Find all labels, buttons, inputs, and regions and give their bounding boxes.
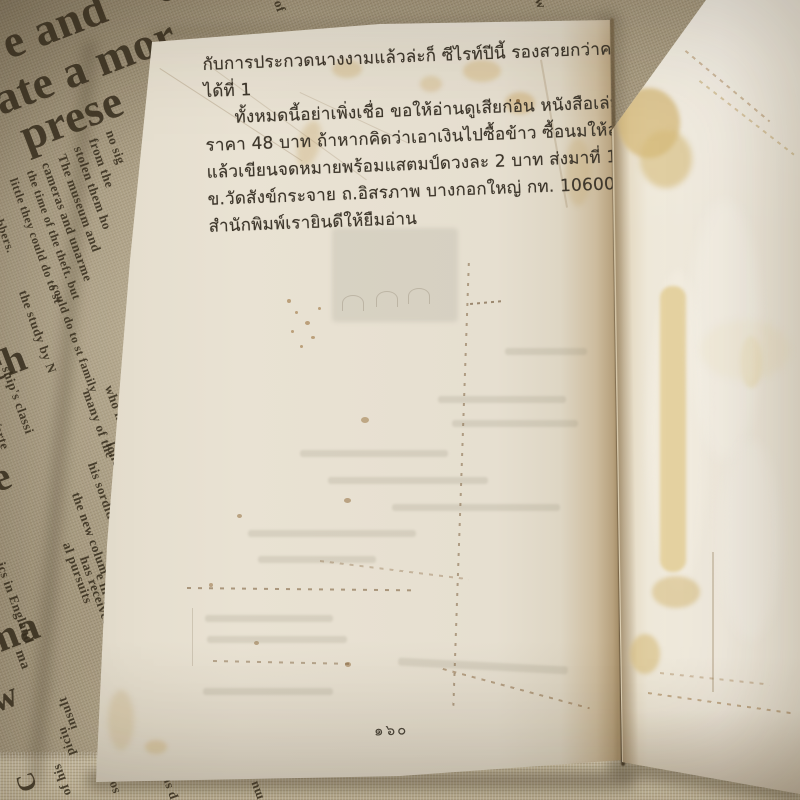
stain bbox=[640, 130, 692, 188]
ghost-text bbox=[392, 504, 560, 511]
ghost-arch bbox=[376, 291, 398, 307]
ghost-text bbox=[452, 420, 578, 427]
crease-line bbox=[712, 552, 714, 692]
crease-line bbox=[320, 560, 469, 580]
stain bbox=[108, 690, 134, 750]
ghost-text bbox=[207, 636, 347, 643]
stain bbox=[145, 740, 167, 754]
ghost-text bbox=[328, 477, 488, 484]
stain bbox=[630, 634, 660, 674]
speckle bbox=[295, 311, 298, 314]
fabric-print-word: Verte bbox=[0, 416, 13, 452]
page-number: ๑๖๐ bbox=[374, 717, 409, 742]
speckle bbox=[311, 336, 315, 339]
ghost-text bbox=[398, 658, 568, 675]
speckle bbox=[300, 345, 303, 348]
highlight bbox=[720, 440, 780, 640]
ghost-text bbox=[505, 348, 587, 355]
speckle bbox=[344, 498, 351, 503]
ghost-text bbox=[203, 688, 333, 695]
ghost-text bbox=[258, 556, 376, 563]
stain bbox=[660, 286, 686, 572]
speckle bbox=[287, 299, 291, 303]
crease-line bbox=[442, 668, 589, 709]
fabric-print-word: robbers. bbox=[0, 206, 18, 255]
ghost-arch bbox=[408, 288, 430, 304]
speckle bbox=[305, 321, 310, 325]
ghost-text bbox=[248, 530, 416, 537]
ghost-arch bbox=[342, 295, 364, 311]
ghost-text bbox=[438, 396, 566, 403]
highlight bbox=[690, 200, 760, 460]
fabric-print-word: of bbox=[270, 0, 289, 15]
open-book-photo: e and ate a mor prese or B ch e ma w no … bbox=[0, 0, 800, 800]
fabric-print-word: w bbox=[0, 673, 24, 722]
ghost-text bbox=[300, 450, 448, 457]
ghost-box-edge bbox=[192, 608, 193, 666]
speckle bbox=[318, 307, 321, 310]
crease-line bbox=[213, 660, 351, 665]
crease-line bbox=[660, 672, 770, 685]
page-text-block: กับการประกวดนางงามแล้วล่ะก็ ซีไรท์ปีนี้ … bbox=[202, 36, 629, 241]
crease-line bbox=[685, 50, 771, 122]
crease-line bbox=[187, 587, 415, 591]
fabric-print-word: w bbox=[530, 0, 549, 11]
crease-line bbox=[470, 300, 504, 305]
speckle bbox=[291, 330, 294, 333]
ghost-text bbox=[205, 615, 333, 622]
speckle bbox=[361, 417, 369, 423]
fabric-print-word: e bbox=[0, 451, 18, 501]
crease-line bbox=[699, 80, 795, 155]
speckle bbox=[237, 514, 242, 518]
stain bbox=[652, 576, 700, 608]
